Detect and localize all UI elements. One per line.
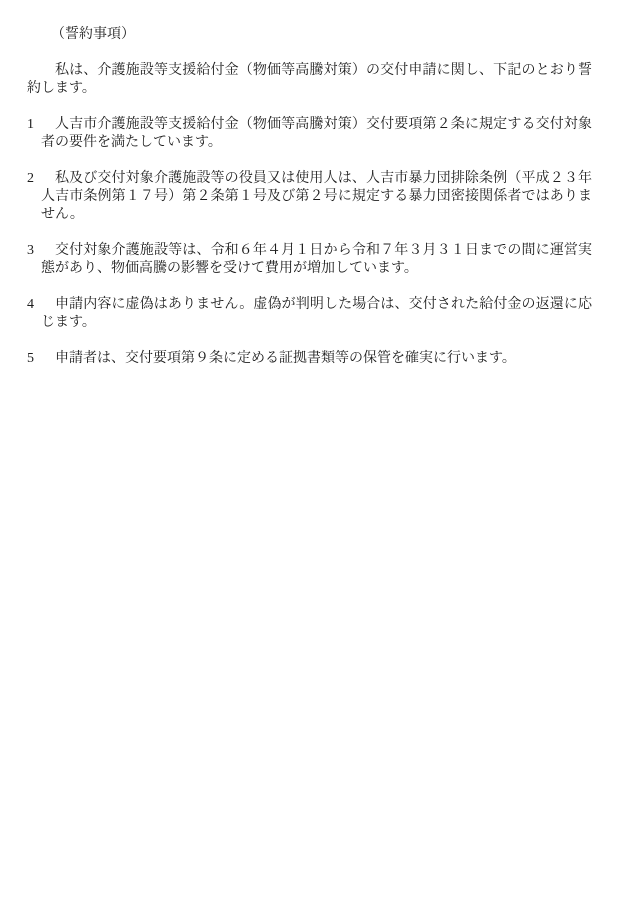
document-heading: （誓約事項）	[27, 26, 592, 44]
pledge-item-4-number: 4	[27, 296, 41, 314]
pledge-item-5-text: 申請者は、交付要項第９条に定める証拠書類等の保管を確実に行います。	[55, 351, 516, 366]
pledge-item-1-number: 1	[27, 116, 41, 134]
pledge-item-2-text: 私及び交付対象介護施設等の役員又は使用人は、人吉市暴力団排除条例（平成２３年人吉…	[41, 171, 592, 222]
document-page: （誓約事項） 私は、介護施設等支援給付金（物価等高騰対策）の交付申請に関し、下記…	[0, 0, 630, 903]
pledge-item-3-number: 3	[27, 242, 41, 260]
pledge-item-3-text: 交付対象介護施設等は、令和６年４月１日から令和７年３月３１日までの間に運営実態が…	[41, 243, 592, 276]
pledge-item-2-number: 2	[27, 170, 41, 188]
document-intro-paragraph: 私は、介護施設等支援給付金（物価等高騰対策）の交付申請に関し、下記のとおり誓約し…	[27, 62, 592, 98]
pledge-item-5-number: 5	[27, 350, 41, 368]
pledge-item-4-text: 申請内容に虚偽はありません。虚偽が判明した場合は、交付された給付金の返還に応じま…	[41, 297, 592, 330]
pledge-item-3: 3交付対象介護施設等は、令和６年４月１日から令和７年３月３１日までの間に運営実態…	[27, 242, 592, 278]
pledge-item-4: 4申請内容に虚偽はありません。虚偽が判明した場合は、交付された給付金の返還に応じ…	[27, 296, 592, 332]
pledge-item-1: 1人吉市介護施設等支援給付金（物価等高騰対策）交付要項第２条に規定する交付対象者…	[27, 116, 592, 152]
pledge-item-5: 5申請者は、交付要項第９条に定める証拠書類等の保管を確実に行います。	[27, 350, 592, 368]
pledge-item-1-text: 人吉市介護施設等支援給付金（物価等高騰対策）交付要項第２条に規定する交付対象者の…	[41, 117, 592, 150]
pledge-item-2: 2私及び交付対象介護施設等の役員又は使用人は、人吉市暴力団排除条例（平成２３年人…	[27, 170, 592, 224]
